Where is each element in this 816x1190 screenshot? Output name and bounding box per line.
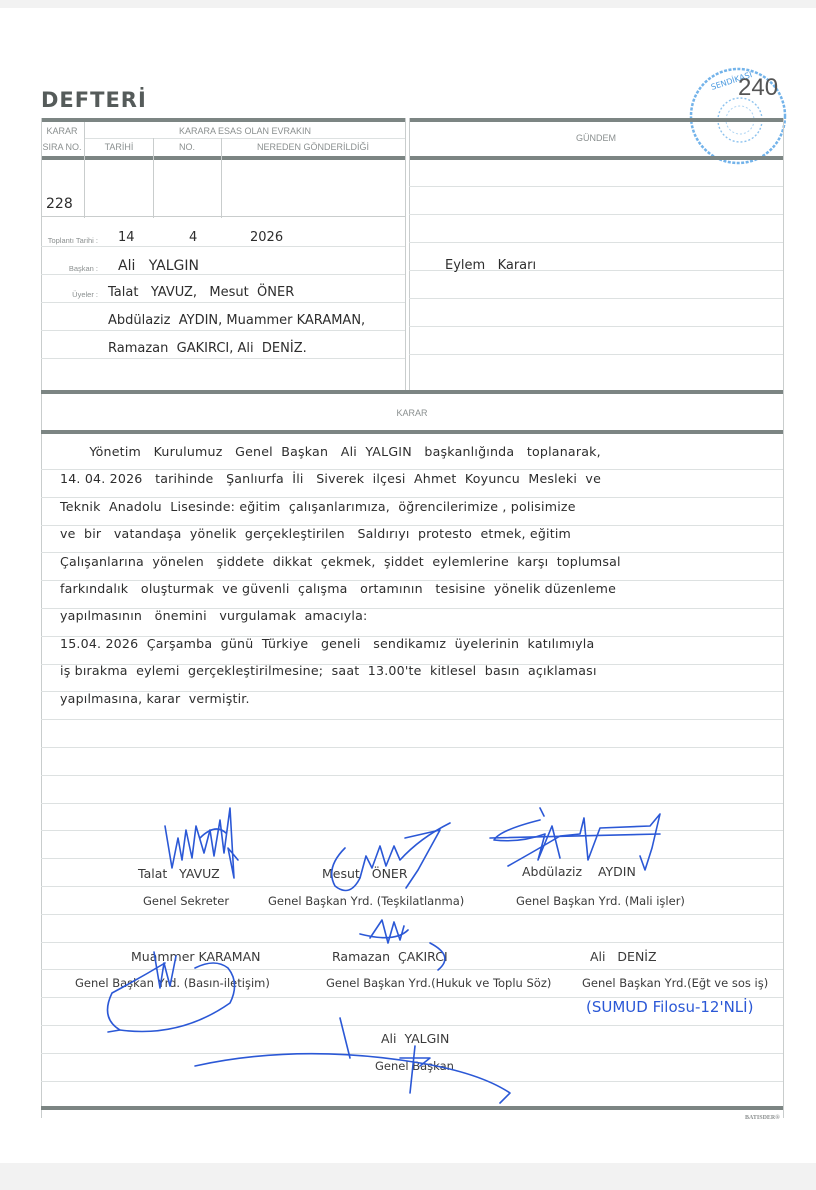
col-divider-2 — [153, 138, 154, 218]
karar-text-line: farkındalık oluşturmak ve güvenli çalışm… — [60, 581, 760, 596]
signatory-name-1: Talat YAVUZ — [138, 866, 220, 881]
ruled-line — [41, 1025, 783, 1026]
ledger-title: DEFTERİ — [41, 88, 147, 112]
header-top-rule-right — [409, 118, 783, 122]
ruled-line — [409, 214, 783, 215]
header-mid-rule — [85, 138, 405, 139]
col-divider-4 — [405, 118, 406, 390]
header-bottom-rule — [41, 156, 405, 160]
header-tarihi: TARİHİ — [85, 142, 153, 152]
ruled-line — [41, 302, 405, 303]
karar-text-line: 15.04. 2026 Çarşamba günü Türkiye geneli… — [60, 636, 760, 651]
ruled-line — [409, 242, 783, 243]
signatory-name-7: Ali YALGIN — [381, 1031, 449, 1046]
signatory-title-4: Genel Başkan Yrd. (Basın-iletişim) — [75, 976, 270, 990]
header-no: NO. — [153, 142, 221, 152]
signatory-title-6: Genel Başkan Yrd.(Eğt ve sos iş) — [582, 976, 768, 990]
ruled-line — [409, 298, 783, 299]
ruled-line — [409, 186, 783, 187]
right-border — [783, 118, 784, 1118]
col-divider-3 — [221, 138, 222, 218]
uyeler-line-3: Ramazan GAKIRCI, Ali DENİZ. — [108, 341, 307, 356]
toplanti-ay: 4 — [189, 230, 197, 245]
ruled-line — [41, 246, 405, 247]
ruled-line — [41, 969, 783, 970]
ruled-line — [41, 1053, 783, 1054]
karar-text-line: Teknik Anadolu Lisesinde: eğitim çalışan… — [60, 499, 760, 514]
karar-text-line: yapılmasının önemini vurgulamak amacıyla… — [60, 608, 760, 623]
karar-text-line: Yönetim Kurulumuz Genel Başkan Ali YALGI… — [60, 444, 760, 459]
gundem-value: Eylem Kararı — [445, 258, 536, 273]
toplanti-tarihi-label: Toplantı Tarihi : — [30, 236, 98, 245]
signatory-name-4: Muammer KARAMAN — [131, 949, 260, 964]
toplanti-yil: 2026 — [250, 230, 283, 245]
signatory-name-2: Mesut ÖNER — [322, 866, 408, 881]
toplanti-gun: 14 — [118, 230, 135, 245]
signatory-title-1: Genel Sekreter — [143, 894, 229, 908]
ruled-line — [41, 358, 405, 359]
col-divider-1 — [84, 122, 85, 218]
ruled-line — [41, 747, 783, 748]
signatory-title-2: Genel Başkan Yrd. (Teşkilatlanma) — [268, 894, 464, 908]
page-number: 240 — [738, 74, 778, 102]
ruled-line — [41, 858, 783, 859]
baskan-value: Ali YALGIN — [118, 258, 199, 274]
brand-mark: BATISDER® — [745, 1115, 780, 1121]
col-divider-5 — [409, 118, 410, 390]
signatory-title-5: Genel Başkan Yrd.(Hukuk ve Toplu Söz) — [326, 976, 551, 990]
uyeler-line-1: Talat YAVUZ, Mesut ÖNER — [108, 285, 294, 300]
signatory-name-6: Ali DENİZ — [590, 949, 657, 964]
karar-text-line: yapılmasına, karar vermiştir. — [60, 691, 760, 706]
header-nereden: NEREDEN GÖNDERİLDİĞİ — [221, 142, 405, 152]
ruled-line — [41, 830, 783, 831]
header-top-rule — [41, 118, 405, 122]
page-bottom-rule — [41, 1106, 783, 1110]
ruled-line — [41, 469, 783, 470]
karar-bottom-rule — [41, 430, 783, 434]
signatory-name-3: Abdülaziz AYDIN — [522, 864, 636, 879]
ruled-line — [41, 274, 405, 275]
signatory-title-3: Genel Başkan Yrd. (Mali işler) — [516, 894, 685, 908]
signatory-title-7: Genel Başkan — [375, 1059, 454, 1073]
header-sira-no: SIRA NO. — [39, 142, 85, 152]
karar-text-line: iş bırakma eylemi gerçekleştirilmesine; … — [60, 663, 760, 678]
ruled-line — [41, 914, 783, 915]
header-karar: KARAR — [41, 126, 83, 136]
ruled-line — [41, 330, 405, 331]
karar-text-line: ve bir vatandaşa yönelik gerçekleştirile… — [60, 526, 760, 541]
handwritten-annotation: (SUMUD Filosu-12'NLİ) — [586, 998, 753, 1016]
ledger-page: DEFTERİ SENDİKASI 240 KARAR SIRA NO. KAR… — [0, 8, 816, 1163]
ruled-line — [41, 886, 783, 887]
header-bottom-rule-right — [409, 156, 783, 160]
header-karar-section: KARAR — [41, 408, 783, 418]
ruled-line — [41, 775, 783, 776]
entry-box-rule — [41, 216, 405, 217]
header-evrak-group: KARARA ESAS OLAN EVRAKIN — [85, 126, 405, 136]
uyeler-line-2: Abdülaziz AYDIN, Muammer KARAMAN, — [108, 313, 365, 328]
header-gundem: GÜNDEM — [409, 133, 783, 143]
karar-top-rule — [41, 390, 783, 394]
karar-text-line: 14. 04. 2026 tarihinde Şanlıurfa İli Siv… — [60, 471, 760, 486]
ruled-line — [41, 942, 783, 943]
ruled-line — [41, 1081, 783, 1082]
ruled-line — [41, 719, 783, 720]
ruled-line — [41, 803, 783, 804]
ruled-line — [409, 326, 783, 327]
karar-text-line: Çalışanlarına yönelen şiddete dikkat çek… — [60, 554, 760, 569]
signatory-name-5: Ramazan ÇAKIRCI — [332, 949, 448, 964]
baskan-label: Başkan : — [40, 264, 98, 273]
karar-sira-no: 228 — [46, 196, 73, 212]
ruled-line — [409, 354, 783, 355]
uyeler-label: Üyeler : — [40, 290, 98, 299]
